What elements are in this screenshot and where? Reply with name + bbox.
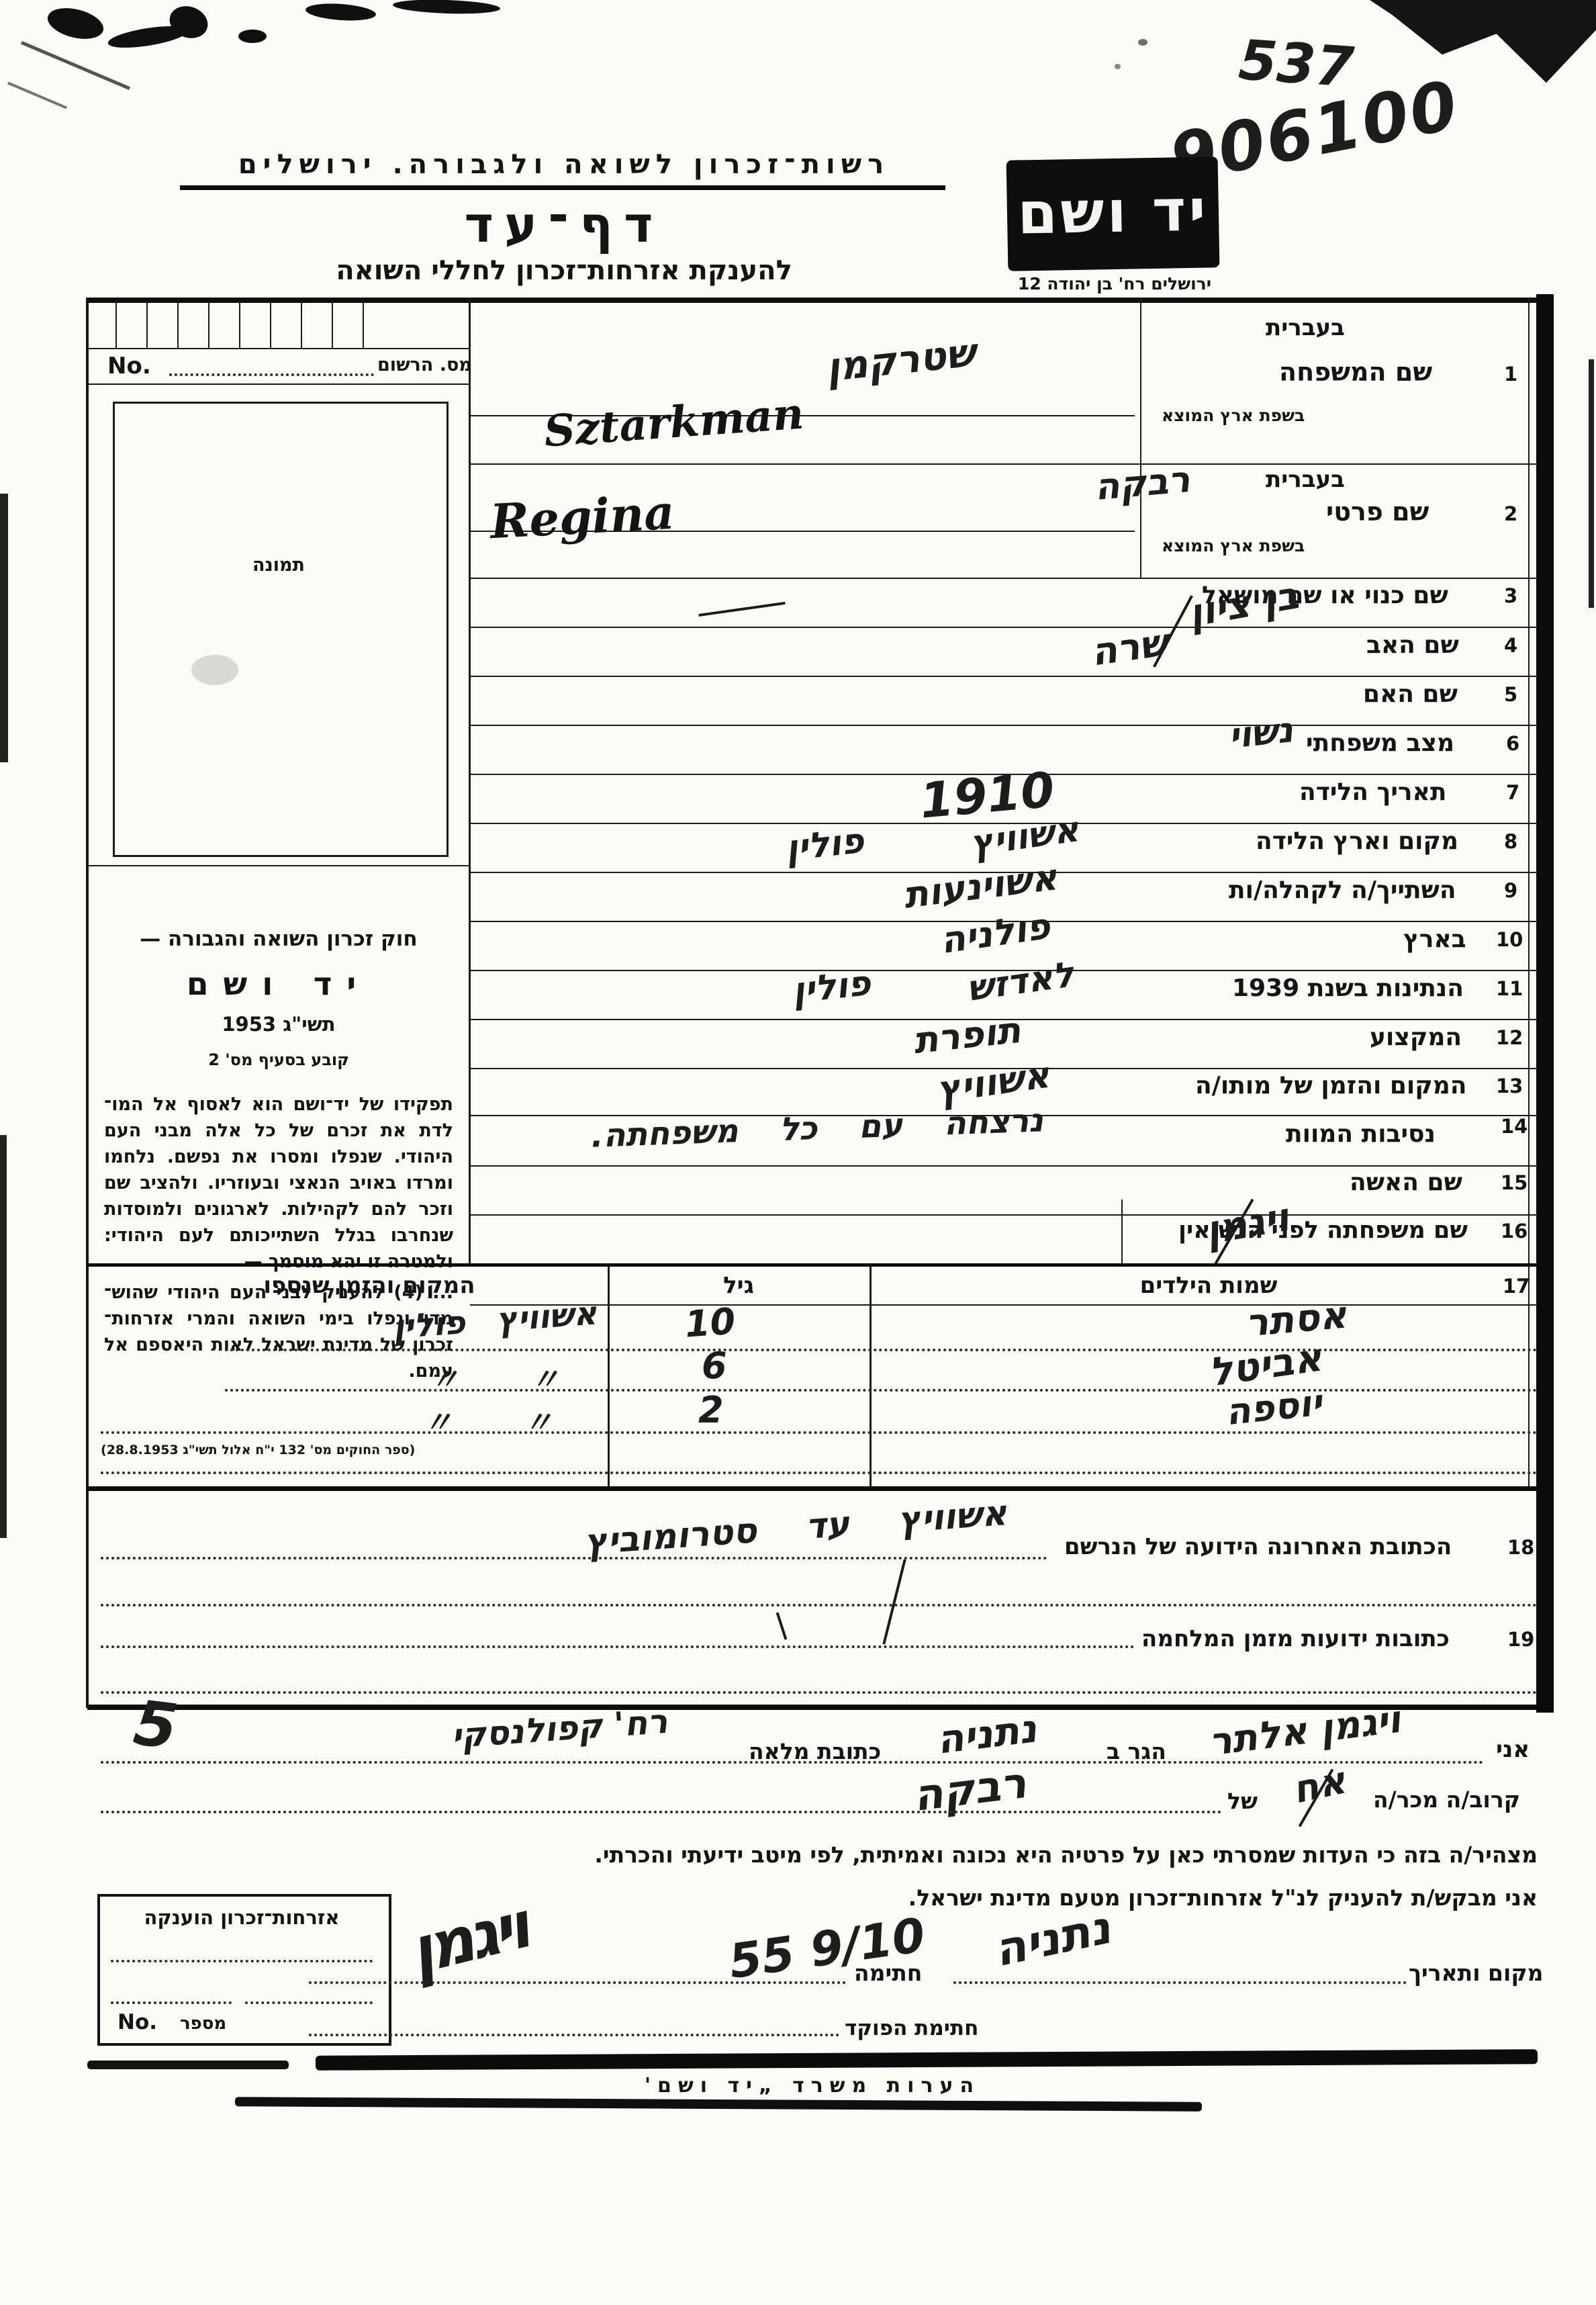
code-box-divider: [177, 300, 179, 348]
scan-smudge: [393, 0, 501, 15]
field-12-number: 12: [1496, 1026, 1523, 1049]
photo-box: [113, 402, 449, 857]
field-13-label: המקום והזמן של מותו/ה: [1195, 1072, 1467, 1099]
frame-top: [87, 298, 1538, 303]
child-1-age: 10: [684, 1300, 737, 1345]
field-18-descender-stroke: [882, 1559, 906, 1644]
row-line: [470, 676, 1538, 677]
field-15-number: 15: [1501, 1171, 1528, 1194]
label-column-line-16: [1121, 1200, 1123, 1265]
registration-no-label: No.: [107, 353, 151, 379]
scan-speck: [1115, 64, 1121, 69]
code-box-divider: [146, 300, 148, 348]
title-underline: [180, 185, 945, 190]
field-1-value-hebrew: שטרקמן: [824, 330, 977, 391]
field-10-number: 10: [1496, 928, 1523, 951]
field-4-number: 4: [1504, 634, 1517, 657]
field-19-line-2: [101, 1691, 1538, 1694]
declaration-request: אני מבקש/ת להעניק לנ"ל אזרחות־זכרון מטעם…: [708, 1885, 1538, 1911]
row-line: [470, 463, 1538, 465]
field-18-label: הכתובת האחרונה הידועה של הנרשם: [1064, 1533, 1452, 1560]
logo-address: ירושלים רח' בן יהודה 12: [1004, 274, 1225, 293]
field-5-value: שרה: [1088, 621, 1170, 674]
field-3-number: 3: [1504, 584, 1517, 607]
children-row-line: [225, 1389, 1538, 1392]
label-column-line: [1140, 298, 1141, 579]
code-box-divider: [239, 300, 240, 348]
grant-box-title: אזרחות־זכרון הוענקה: [97, 1906, 386, 1929]
law-title: חוק זכרון השואה והגבורה —: [101, 927, 457, 951]
code-box-divider: [270, 300, 271, 348]
child-2-place-ditto: 〃 〃: [430, 1355, 559, 1398]
children-col-age-header: גיל: [638, 1272, 839, 1299]
field-14-label: נסיבות המוות: [1286, 1120, 1436, 1148]
children-col-names-header: שמות הילדים: [974, 1272, 1444, 1299]
child-3-name: יוספה: [1223, 1382, 1324, 1434]
testimony-page-scan: 537 906100 רשות־זכרון לשואה ולגבורה. ירו…: [0, 0, 1596, 2305]
field-14-value: נרצחה עם כל משפחתה.: [590, 1101, 1043, 1155]
registration-row-line: [87, 383, 470, 385]
law-section: קובע בסעיף מס' 2: [101, 1050, 457, 1069]
form-subtitle: להענקת אזרחות־זכרון לחללי השואה: [178, 255, 950, 286]
row-line: [470, 578, 1538, 579]
relation-handwriting: אח: [1288, 1758, 1350, 1812]
code-box-divider: [332, 300, 333, 348]
photo-label: תמונה: [113, 555, 444, 576]
declarant-i-label: אני: [1496, 1736, 1530, 1763]
scan-smudge: [44, 3, 107, 44]
field-11-label: הנתינות בשנת 1939: [1232, 975, 1464, 1002]
grant-box-number-label: מספר: [180, 2014, 226, 2034]
children-table-top: [87, 1263, 1538, 1267]
field-8-number: 8: [1504, 830, 1517, 853]
field-17-number: 17: [1503, 1275, 1530, 1298]
field-10-label: בארץ: [1403, 925, 1466, 953]
field-12-label: המקצוע: [1370, 1024, 1462, 1051]
field-2-value-latin: Regina: [489, 484, 675, 549]
frame-left: [86, 298, 89, 1708]
field-6-label: מצב משפחתי: [1306, 729, 1454, 757]
grant-box-no-label: No.: [118, 2010, 157, 2034]
relative-label: קרוב/ה מכר/ה: [1373, 1787, 1520, 1813]
clerk-signature-line: [309, 2034, 839, 2036]
field-19-line-1: [101, 1645, 1135, 1648]
children-table-bottom: [87, 1486, 1538, 1491]
grant-box-line-2b: [245, 2001, 373, 2004]
declarant-city-handwriting: נתניה: [934, 1705, 1039, 1763]
field-6-number: 6: [1506, 732, 1519, 755]
children-col-divider: [870, 1267, 872, 1486]
children-row-line: [101, 1431, 1538, 1434]
field-16-value: ויגמן: [1202, 1194, 1293, 1254]
scan-smudge: [305, 1, 376, 22]
photo-section-line: [87, 865, 470, 866]
place-handwriting: נתניה: [990, 1901, 1115, 1978]
field-13-number: 13: [1496, 1075, 1523, 1097]
code-box-divider: [115, 300, 117, 348]
scan-crease: [7, 82, 67, 109]
registration-no-dotted-line: [169, 373, 374, 376]
clerk-signature-label: חתימת הפוקד: [845, 2016, 978, 2040]
yad-vashem-logo: יד ושם: [1006, 156, 1220, 271]
declarant-house-number-handwriting: 5: [130, 1686, 182, 1763]
field-11-value-b: פולין: [790, 963, 872, 1011]
row-line: [470, 627, 1538, 628]
grant-box-line-1: [111, 1960, 373, 1962]
scan-band: [87, 2061, 289, 2069]
child-3-place-ditto: 〃 〃: [423, 1398, 553, 1441]
field-1-value-latin: Sztarkman: [543, 389, 806, 457]
code-box-bottom-line: [87, 348, 470, 349]
law-paragraph-1: תפקידו של יד־ושם הוא לאסוף אל המו־ לדת א…: [104, 1091, 453, 1275]
field-1-lang-label: בעברית: [1266, 314, 1345, 341]
field-8-value-country: פולין: [784, 821, 865, 869]
field-11-number: 11: [1496, 977, 1523, 1000]
scan-band: [235, 2097, 1202, 2112]
field-5-label: שם האם: [1363, 680, 1458, 708]
law-year: תשי"ג 1953: [101, 1013, 457, 1036]
field-1-label: שם המשפחה: [1279, 357, 1432, 387]
children-row-line: [225, 1349, 1538, 1351]
code-box-divider: [363, 300, 364, 348]
field-6-value: נשוי: [1227, 710, 1295, 757]
scan-speck: [1138, 39, 1147, 46]
field-19-label: כתובות ידועות מזמן המלחמה: [1141, 1625, 1450, 1652]
child-2-age: 6: [702, 1345, 727, 1387]
field-18-line-2: [101, 1604, 1538, 1607]
field-11-value-a: לאדזש: [965, 954, 1076, 1009]
scan-band: [316, 2049, 1538, 2071]
field-18-number: 18: [1507, 1536, 1534, 1559]
children-header-line: [470, 1304, 1538, 1306]
field-18-value: אשוויץ עד סטרומוביץ: [583, 1493, 1008, 1563]
children-col-divider: [608, 1267, 610, 1486]
field-5-number: 5: [1504, 683, 1517, 706]
signature-handwriting: ויגמן: [402, 1889, 534, 1989]
code-box-divider: [208, 300, 209, 348]
logo-text: יד ושם: [1006, 156, 1220, 267]
scan-edge-strip: [0, 1135, 7, 1538]
field-14-number: 14: [1501, 1115, 1528, 1138]
office-notes-footer: הערות משרד „יד ושם': [638, 2074, 987, 2097]
scan-crease: [21, 41, 130, 90]
code-box-divider: [301, 300, 302, 348]
signature-line: [309, 1981, 846, 1984]
field-1-sublabel: בשפת ארץ המוצא: [1162, 406, 1305, 425]
field-2-lang-label: בעברית: [1266, 466, 1345, 493]
grant-box-line-2a: [111, 2001, 232, 2004]
declaration-statement: מצהיר/ה בזה כי העדות שמסרתי כאן על פרטיה…: [510, 1842, 1538, 1868]
field-7-label: תאריך הלידה: [1299, 778, 1446, 806]
of-label: של: [1227, 1788, 1258, 1814]
law-name: יד ושם: [101, 966, 457, 1003]
scan-stain: [191, 655, 238, 685]
field-7-number: 7: [1506, 781, 1519, 804]
scan-edge-strip: [1589, 359, 1594, 608]
field-19-pen-mark: [776, 1612, 788, 1639]
law-footnote: (ספר החוקים מס' 132 י"ח אלול תשי"ג 28.8.…: [101, 1443, 415, 1457]
frame-right-heavy: [1536, 294, 1554, 1713]
field-15-label: שם האשה: [1350, 1169, 1462, 1196]
scan-edge-strip: [0, 494, 8, 762]
field-2-value-hebrew: רבקה: [1093, 458, 1192, 508]
field-2-number: 2: [1504, 502, 1517, 525]
place-date-label: מקום ותאריך: [1409, 1960, 1544, 1986]
children-row-line: [101, 1472, 1538, 1474]
field-19-number: 19: [1507, 1628, 1534, 1651]
relative-row-line: [101, 1811, 1222, 1813]
scan-smudge: [238, 30, 267, 43]
field-16-number: 16: [1501, 1220, 1528, 1242]
field-8-label: מקום וארץ הלידה: [1256, 827, 1458, 855]
field-3-dash-mark: [698, 602, 785, 617]
field-2-sublabel: בשפת ארץ המוצא: [1162, 536, 1305, 555]
children-col-place-header: המקום והזמן שנספו: [168, 1272, 571, 1299]
place-date-line: [953, 1981, 1407, 1984]
row-line: [470, 725, 1538, 726]
row-line: [470, 1214, 1538, 1216]
authority-title: רשות־זכרון לשואה ולגבורה. ירושלים: [178, 149, 950, 180]
row-line: [470, 1165, 1538, 1167]
declarant-row-line: [101, 1761, 1484, 1764]
field-9-number: 9: [1504, 879, 1517, 902]
field-9-label: השתייך/ה לקהלה/ות: [1229, 876, 1456, 904]
left-column-divider: [469, 298, 471, 1265]
signature-label: חתימה: [854, 1960, 922, 1986]
field-1-number: 1: [1504, 363, 1517, 386]
number-column-line: [1528, 298, 1530, 1488]
field-2-label: שם פרטי: [1326, 497, 1429, 527]
registration-num-label: מס. הרשום: [377, 355, 472, 375]
child-3-age: 2: [698, 1389, 724, 1431]
field-4-label: שם האב: [1366, 631, 1459, 659]
field-10-value: פולניה: [937, 905, 1052, 962]
form-title: דף־עד: [178, 196, 950, 254]
field-12-value: תופרת: [911, 1009, 1023, 1062]
